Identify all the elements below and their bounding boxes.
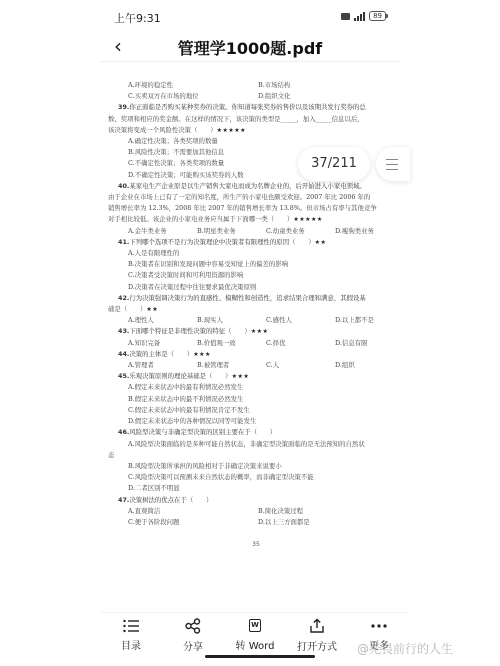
line-text: 乐观决策原则的理论基础是（ ）	[129, 372, 231, 380]
option-text: C.感性人	[266, 315, 335, 326]
option-text: A.金牛类业务	[128, 226, 197, 237]
option-line: A.假定未来状态中的最有利情况必然发生	[108, 382, 404, 393]
option-row: A.管理者B.被管理者C.人D.组织	[108, 360, 404, 371]
question-line: 46.风险型决策与非确定型决策的区别主要在于（ ）	[108, 427, 404, 438]
option-row: A.理性人B.现实人C.感性人D.以上都不是	[108, 315, 404, 326]
line-text: 销售增长率为 12.3%，2008 年比 2007 年的销售增长率为 13.8%…	[108, 204, 377, 212]
line-text: D.二者区别不明显	[128, 484, 180, 492]
option-line: B.决策者在识别和发现问题中容易受知觉上的偏差的影响	[108, 259, 404, 270]
difficulty-stars: ★★★	[232, 373, 250, 380]
status-icons: 89	[341, 11, 386, 21]
menu-line	[386, 169, 398, 170]
text-line: 态	[108, 450, 404, 461]
line-text: 下面哪个特征是非理性决策的特征（ ）	[129, 327, 250, 335]
question-line: 47.决策树法的优点在于（ ）	[108, 495, 404, 506]
question-line: 41.下列哪个选项不是行为决策理论中决策者有限理性的原因（ ）★★	[108, 237, 404, 248]
page-indicator[interactable]: 37/211	[298, 147, 370, 181]
line-text: C.决策者受决策时间和可利用资源的影响	[128, 271, 243, 279]
option-text: B.被管理者	[197, 360, 266, 371]
text-line: 销售增长率为 12.3%，2008 年比 2007 年的销售增长率为 13.8%…	[108, 203, 404, 214]
question-line: 45.乐观决策原则的理论基础是（ ）★★★	[108, 371, 404, 382]
upload-icon	[309, 618, 325, 634]
option-line: C.假定未来状态中的最有利情况肯定不发生	[108, 405, 404, 416]
question-line: 40.某家电生产企业原是以生产销售大家电而成为名牌企业的，后开始进入小家电领域。	[108, 181, 404, 192]
option-line: A.确定性决策；各类奖项的数量	[108, 136, 404, 147]
line-text: B.假定未来状态中的最不利情况必然发生	[128, 395, 243, 403]
toc-button[interactable]: 目录	[100, 613, 162, 652]
line-text: A.假定未来状态中的最有利情况必然发生	[128, 383, 243, 391]
option-text: A.直观简洁	[128, 506, 258, 517]
question-line: 44.决策的主体是（ ）★★★	[108, 349, 404, 360]
line-text: 态	[108, 451, 114, 459]
option-line: A.风险型决策面临的是多种可能自然状态，非确定型决策面临的是无法预知的自然状	[108, 439, 404, 450]
pdf-page-number: 35	[108, 541, 404, 548]
option-text: A.环境的稳定性	[128, 80, 258, 91]
outline-menu-button[interactable]	[376, 147, 410, 181]
question-number: 46.	[118, 428, 129, 436]
line-text: B.风险型决策所承担的风险相对于非确定决策来说要小	[128, 462, 282, 470]
question-number: 44.	[118, 350, 129, 358]
option-line: C.决策者受决策时间和可利用资源的影响	[108, 270, 404, 281]
more-icon	[371, 618, 387, 633]
difficulty-stars: ★★★	[193, 351, 211, 358]
text-line: 础是（ ）★★	[108, 304, 404, 315]
option-line: D.决策者在决策过程中往往要求最优决策原则	[108, 282, 404, 293]
line-text: 础是（ ）	[108, 305, 146, 313]
option-text: C.人	[266, 360, 335, 371]
option-text: D.组织文化	[258, 91, 388, 102]
line-text: 风险型决策与非确定型决策的区别主要在于（ ）	[129, 428, 276, 436]
document-title: 管理学1000题.pdf	[100, 36, 400, 59]
toc-label: 目录	[121, 637, 141, 652]
text-line: 由于企业在市场上已有了一定的知名度，所生产的小家电也颇受欢迎。2007 年比 2…	[108, 192, 404, 203]
open-with-button[interactable]: 打开方式	[286, 613, 348, 652]
option-line: D.假定未来状态中的各种情况以同等可能发生	[108, 416, 404, 427]
line-text: 该决策将变成一个风险性决策（ ）	[108, 126, 217, 134]
option-line: B.假定未来状态中的最不利情况必然发生	[108, 394, 404, 405]
option-text: D.以上都不是	[335, 315, 404, 326]
difficulty-stars: ★★★★★	[293, 216, 322, 223]
list-icon	[123, 618, 139, 633]
option-text: D.瘦狗类业务	[335, 226, 404, 237]
line-text: B.决策者在识别和发现问题中容易受知觉上的偏差的影响	[128, 260, 288, 268]
option-text: C.买卖双方在市场的地位	[128, 91, 258, 102]
share-label: 分享	[183, 638, 203, 653]
line-text: 对手相比较低。该企业的小家电业务应当属于下面哪一类（ ）	[108, 215, 293, 223]
difficulty-stars: ★★	[146, 306, 158, 313]
line-text: 某家电生产企业原是以生产销售大家电而成为名牌企业的，后开始进入小家电领域。	[129, 182, 365, 190]
home-indicator[interactable]	[205, 655, 315, 658]
option-row: A.直观简洁B.简化决策过程	[108, 506, 404, 517]
question-number: 47.	[118, 496, 129, 504]
sim-card-icon	[341, 13, 350, 20]
question-number: 43.	[118, 327, 129, 335]
option-text: C.择优	[266, 338, 335, 349]
signal-icon	[354, 12, 365, 21]
question-line: 39.你正面临是否购买某种奖券的决策。你知道每张奖券的售价以及该期共发行奖券的总	[108, 102, 404, 113]
option-line: A.人是有限理性的	[108, 248, 404, 259]
option-row: A.金牛类业务B.明星类业务C.幼童类业务D.瘦狗类业务	[108, 226, 404, 237]
option-text: C.幼童类业务	[266, 226, 335, 237]
line-text: 决策的主体是（ ）	[129, 350, 193, 358]
share-icon	[185, 618, 201, 634]
option-text: B.价值观一致	[197, 338, 266, 349]
text-line: 对手相比较低。该企业的小家电业务应当属于下面哪一类（ ）★★★★★	[108, 214, 404, 225]
question-line: 42.行为决策强调决策行为的直感性、模糊性和创造性，追求结果合理和满意，其假设基	[108, 293, 404, 304]
option-row: A.知识完备B.价值观一致C.择优D.信息有限	[108, 338, 404, 349]
line-text: B.风险性决策；不需要加其他信息	[128, 148, 224, 156]
line-text: 决策树法的优点在于（ ）	[129, 496, 212, 504]
line-text: D.不确定性决策；可能购买该奖券的人数	[128, 171, 244, 179]
option-line: D.二者区别不明显	[108, 483, 404, 494]
option-text: B.现实人	[197, 315, 266, 326]
option-text: C.便于各阶段问题	[128, 517, 258, 528]
option-text: D.组织	[335, 360, 404, 371]
line-text: C.不确定性决策；各类奖项的数量	[128, 159, 224, 167]
app-header: ‹ 管理学1000题.pdf	[100, 30, 400, 62]
line-text: A.人是有限理性的	[128, 249, 179, 257]
line-text: C.假定未来状态中的最有利情况肯定不发生	[128, 406, 250, 414]
difficulty-stars: ★★★	[251, 328, 269, 335]
status-bar: 上午9:31 89	[100, 8, 400, 26]
option-text: A.理性人	[128, 315, 197, 326]
option-text: D.以上三方面都是	[258, 517, 388, 528]
option-line: C.风险型决策可以预测未来自然状态的概率，而非确定型决策不能	[108, 472, 404, 483]
option-text: B.市场结构	[258, 80, 388, 91]
text-line: 数、奖项和相应的奖金额。在这样的情况下，该决策的类型是_____，加入_____…	[108, 114, 404, 125]
line-text: A.风险型决策面临的是多种可能自然状态，非确定型决策面临的是无法预知的自然状	[128, 440, 365, 448]
difficulty-stars: ★★	[315, 239, 327, 246]
option-row: A.环境的稳定性B.市场结构	[108, 80, 404, 91]
option-row: C.买卖双方在市场的地位D.组织文化	[108, 91, 404, 102]
menu-line	[386, 164, 398, 165]
option-text: B.明星类业务	[197, 226, 266, 237]
question-number: 39.	[118, 103, 129, 111]
open-with-label: 打开方式	[297, 638, 337, 653]
option-text: D.信息有限	[335, 338, 404, 349]
question-number: 40.	[118, 182, 129, 190]
difficulty-stars: ★★★★★	[217, 127, 246, 134]
question-number: 42.	[118, 294, 129, 302]
battery-icon: 89	[369, 11, 386, 21]
option-row: C.便于各阶段问题D.以上三方面都是	[108, 517, 404, 528]
pdf-page-content[interactable]: A.环境的稳定性B.市场结构C.买卖双方在市场的地位D.组织文化39.你正面临是…	[108, 80, 404, 528]
line-text: C.风险型决策可以预测未来自然状态的概率，而非确定型决策不能	[128, 473, 314, 481]
line-text: 由于企业在市场上已有了一定的知名度，所生产的小家电也颇受欢迎。2007 年比 2…	[108, 193, 370, 201]
share-button[interactable]: 分享	[162, 613, 224, 652]
status-time: 上午9:31	[114, 10, 161, 26]
line-text: 数、奖项和相应的奖金额。在这样的情况下，该决策的类型是_____，加入_____…	[108, 115, 364, 123]
question-number: 45.	[118, 372, 129, 380]
line-text: 你正面临是否购买某种奖券的决策。你知道每张奖券的售价以及该期共发行奖券的总	[129, 103, 365, 111]
option-text: A.管理者	[128, 360, 197, 371]
line-text: D.假定未来状态中的各种情况以同等可能发生	[128, 417, 256, 425]
line-text: 行为决策强调决策行为的直感性、模糊性和创造性，追求结果合理和满意，其假设基	[129, 294, 365, 302]
option-text: A.知识完备	[128, 338, 197, 349]
text-line: 该决策将变成一个风险性决策（ ）★★★★★	[108, 125, 404, 136]
question-line: 43.下面哪个特征是非理性决策的特征（ ）★★★	[108, 326, 404, 337]
menu-line	[386, 159, 398, 160]
line-text: 下列哪个选项不是行为决策理论中决策者有限理性的原因（ ）	[129, 238, 314, 246]
convert-to-word-label: 转 Word	[236, 637, 275, 652]
line-text: D.决策者在决策过程中往往要求最优决策原则	[128, 283, 256, 291]
option-text: B.简化决策过程	[258, 506, 388, 517]
line-text: A.确定性决策；各类奖项的数量	[128, 137, 218, 145]
convert-to-word-button[interactable]: W 转 Word	[224, 613, 286, 652]
watermark-text: @无畏前行的人生	[357, 640, 453, 657]
word-icon: W	[249, 618, 261, 633]
question-number: 41.	[118, 238, 129, 246]
option-line: B.风险型决策所承担的风险相对于非确定决策来说要小	[108, 461, 404, 472]
